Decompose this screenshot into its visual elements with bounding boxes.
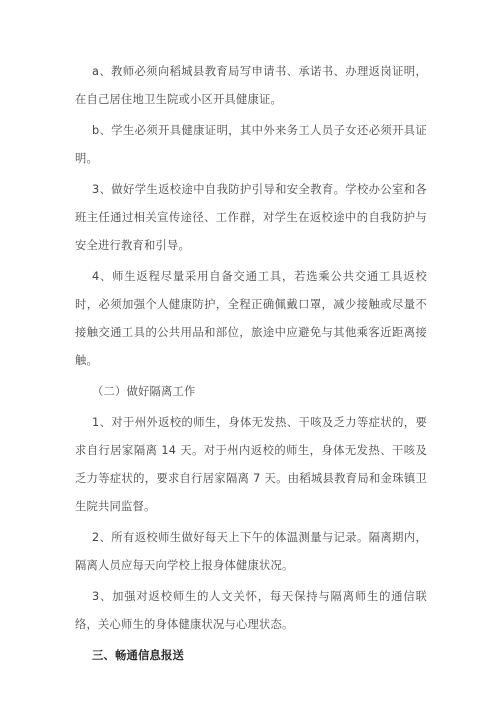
subsection-heading-quarantine: （二）做好隔离工作: [75, 378, 427, 406]
paragraph-travel-guidance: 3、做好学生返校途中自我防护引导和安全教育。学校办公室和各班主任通过相关宣传途径…: [75, 176, 427, 260]
paragraph-teacher-certificates: a、教师必须向稻城县教育局写申请书、承诺书、办理返岗证明，在自己居住地卫生院或小…: [75, 58, 427, 114]
section-heading-information-reporting: 三、畅通信息报送: [75, 642, 427, 670]
paragraph-student-certificates: b、学生必须开具健康证明，其中外来务工人员子女还必须开具证明。: [75, 117, 427, 173]
paragraph-quarantine-rules: 1、对于州外返校的师生，身体无发热、干咳及乏力等症状的，要求自行居家隔离 14 …: [75, 409, 427, 521]
paragraph-transport-protection: 4、师生返程尽量采用自备交通工具，若选乘公共交通工具返校时，必须加强个人健康防护…: [75, 263, 427, 375]
document-page: a、教师必须向稻城县教育局写申请书、承诺书、办理返岗证明，在自己居住地卫生院或小…: [0, 0, 500, 707]
paragraph-temperature-records: 2、所有返校师生做好每天上下午的体温测量与记录。隔离期内，隔离人员应每天向学校上…: [75, 524, 427, 580]
paragraph-humanistic-care: 3、加强对返校师生的人文关怀，每天保持与隔离师生的通信联络，关心师生的身体健康状…: [75, 583, 427, 639]
